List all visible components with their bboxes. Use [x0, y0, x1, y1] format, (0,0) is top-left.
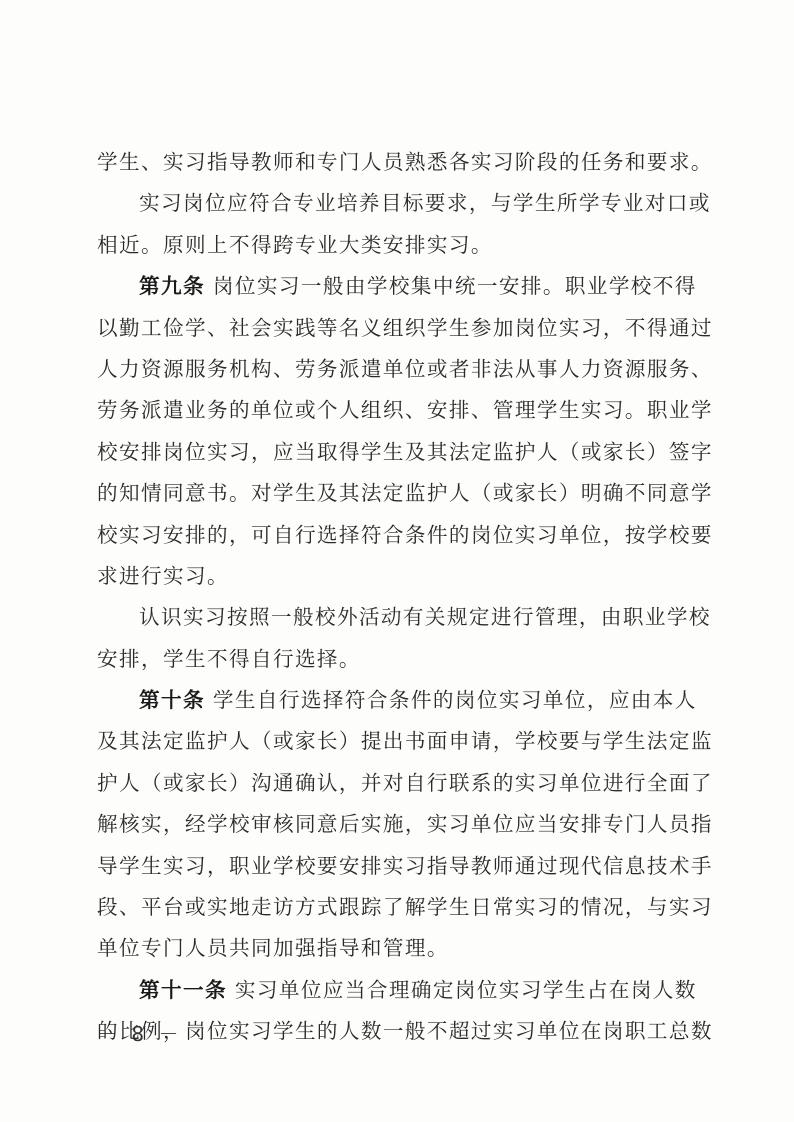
paragraph-continuation: 学生、实习指导教师和专门人员熟悉各实习阶段的任务和要求。: [97, 142, 701, 183]
text-line: 第十条 学生自行选择符合条件的岗位实习单位，应由本人: [97, 680, 701, 721]
text-line: 校实习安排的，可自行选择符合条件的岗位实习单位，按学校要: [97, 515, 701, 556]
text-line: 的比例，岗位实习学生的人数一般不超过实习单位在岗职工总数: [97, 1011, 701, 1052]
page-number: － 8 －: [97, 1018, 182, 1047]
article-11: 第十一条 实习单位应当合理确定岗位实习学生占在岗人数 的比例，岗位实习学生的人数…: [97, 970, 701, 1053]
text-line: 劳务派遣业务的单位或个人组织、安排、管理学生实习。职业学: [97, 390, 701, 431]
text-line: 人力资源服务机构、劳务派遣单位或者非法从事人力资源服务、: [97, 349, 701, 390]
text-line: 实习岗位应符合专业培养目标要求，与学生所学专业对口或: [97, 183, 701, 224]
text-line: 单位专门人员共同加强指导和管理。: [97, 928, 701, 969]
article-9: 第九条 岗位实习一般由学校集中统一安排。职业学校不得 以勤工俭学、社会实践等名义…: [97, 266, 701, 597]
text-line: 认识实习按照一般校外活动有关规定进行管理，由职业学校: [97, 597, 701, 638]
text-line: 第九条 岗位实习一般由学校集中统一安排。职业学校不得: [97, 266, 701, 307]
article-text: 实习单位应当合理确定岗位实习学生占在岗人数: [227, 978, 697, 1002]
text-line: 相近。原则上不得跨专业大类安排实习。: [97, 225, 701, 266]
text-line: 导学生实习，职业学校要安排实习指导教师通过现代信息技术手: [97, 846, 701, 887]
article-number: 第九条: [139, 274, 205, 298]
article-number: 第十一条: [139, 978, 227, 1002]
text-line: 以勤工俭学、社会实践等名义组织学生参加岗位实习，不得通过: [97, 308, 701, 349]
text-line: 解核实，经学校审核同意后实施，实习单位应当安排专门人员指: [97, 804, 701, 845]
text-line: 求进行实习。: [97, 556, 701, 597]
article-number: 第十条: [139, 688, 205, 712]
text-line: 护人（或家长）沟通确认，并对自行联系的实习单位进行全面了: [97, 763, 701, 804]
article-text: 学生自行选择符合条件的岗位实习单位，应由本人: [205, 688, 697, 712]
text-line: 段、平台或实地走访方式跟踪了解学生日常实习的情况，与实习: [97, 887, 701, 928]
paragraph-cognitive-internship: 认识实习按照一般校外活动有关规定进行管理，由职业学校 安排，学生不得自行选择。: [97, 597, 701, 680]
text-line: 第十一条 实习单位应当合理确定岗位实习学生占在岗人数: [97, 970, 701, 1011]
article-text: 岗位实习一般由学校集中统一安排。职业学校不得: [205, 274, 697, 298]
document-page: 学生、实习指导教师和专门人员熟悉各实习阶段的任务和要求。 实习岗位应符合专业培养…: [97, 142, 701, 1053]
text-line: 安排，学生不得自行选择。: [97, 639, 701, 680]
text-line: 学生、实习指导教师和专门人员熟悉各实习阶段的任务和要求。: [97, 142, 701, 183]
text-line: 的知情同意书。对学生及其法定监护人（或家长）明确不同意学: [97, 473, 701, 514]
text-line: 校安排岗位实习，应当取得学生及其法定监护人（或家长）签字: [97, 432, 701, 473]
text-line: 及其法定监护人（或家长）提出书面申请，学校要与学生法定监: [97, 721, 701, 762]
article-10: 第十条 学生自行选择符合条件的岗位实习单位，应由本人 及其法定监护人（或家长）提…: [97, 680, 701, 970]
paragraph-internship-position: 实习岗位应符合专业培养目标要求，与学生所学专业对口或 相近。原则上不得跨专业大类…: [97, 183, 701, 266]
